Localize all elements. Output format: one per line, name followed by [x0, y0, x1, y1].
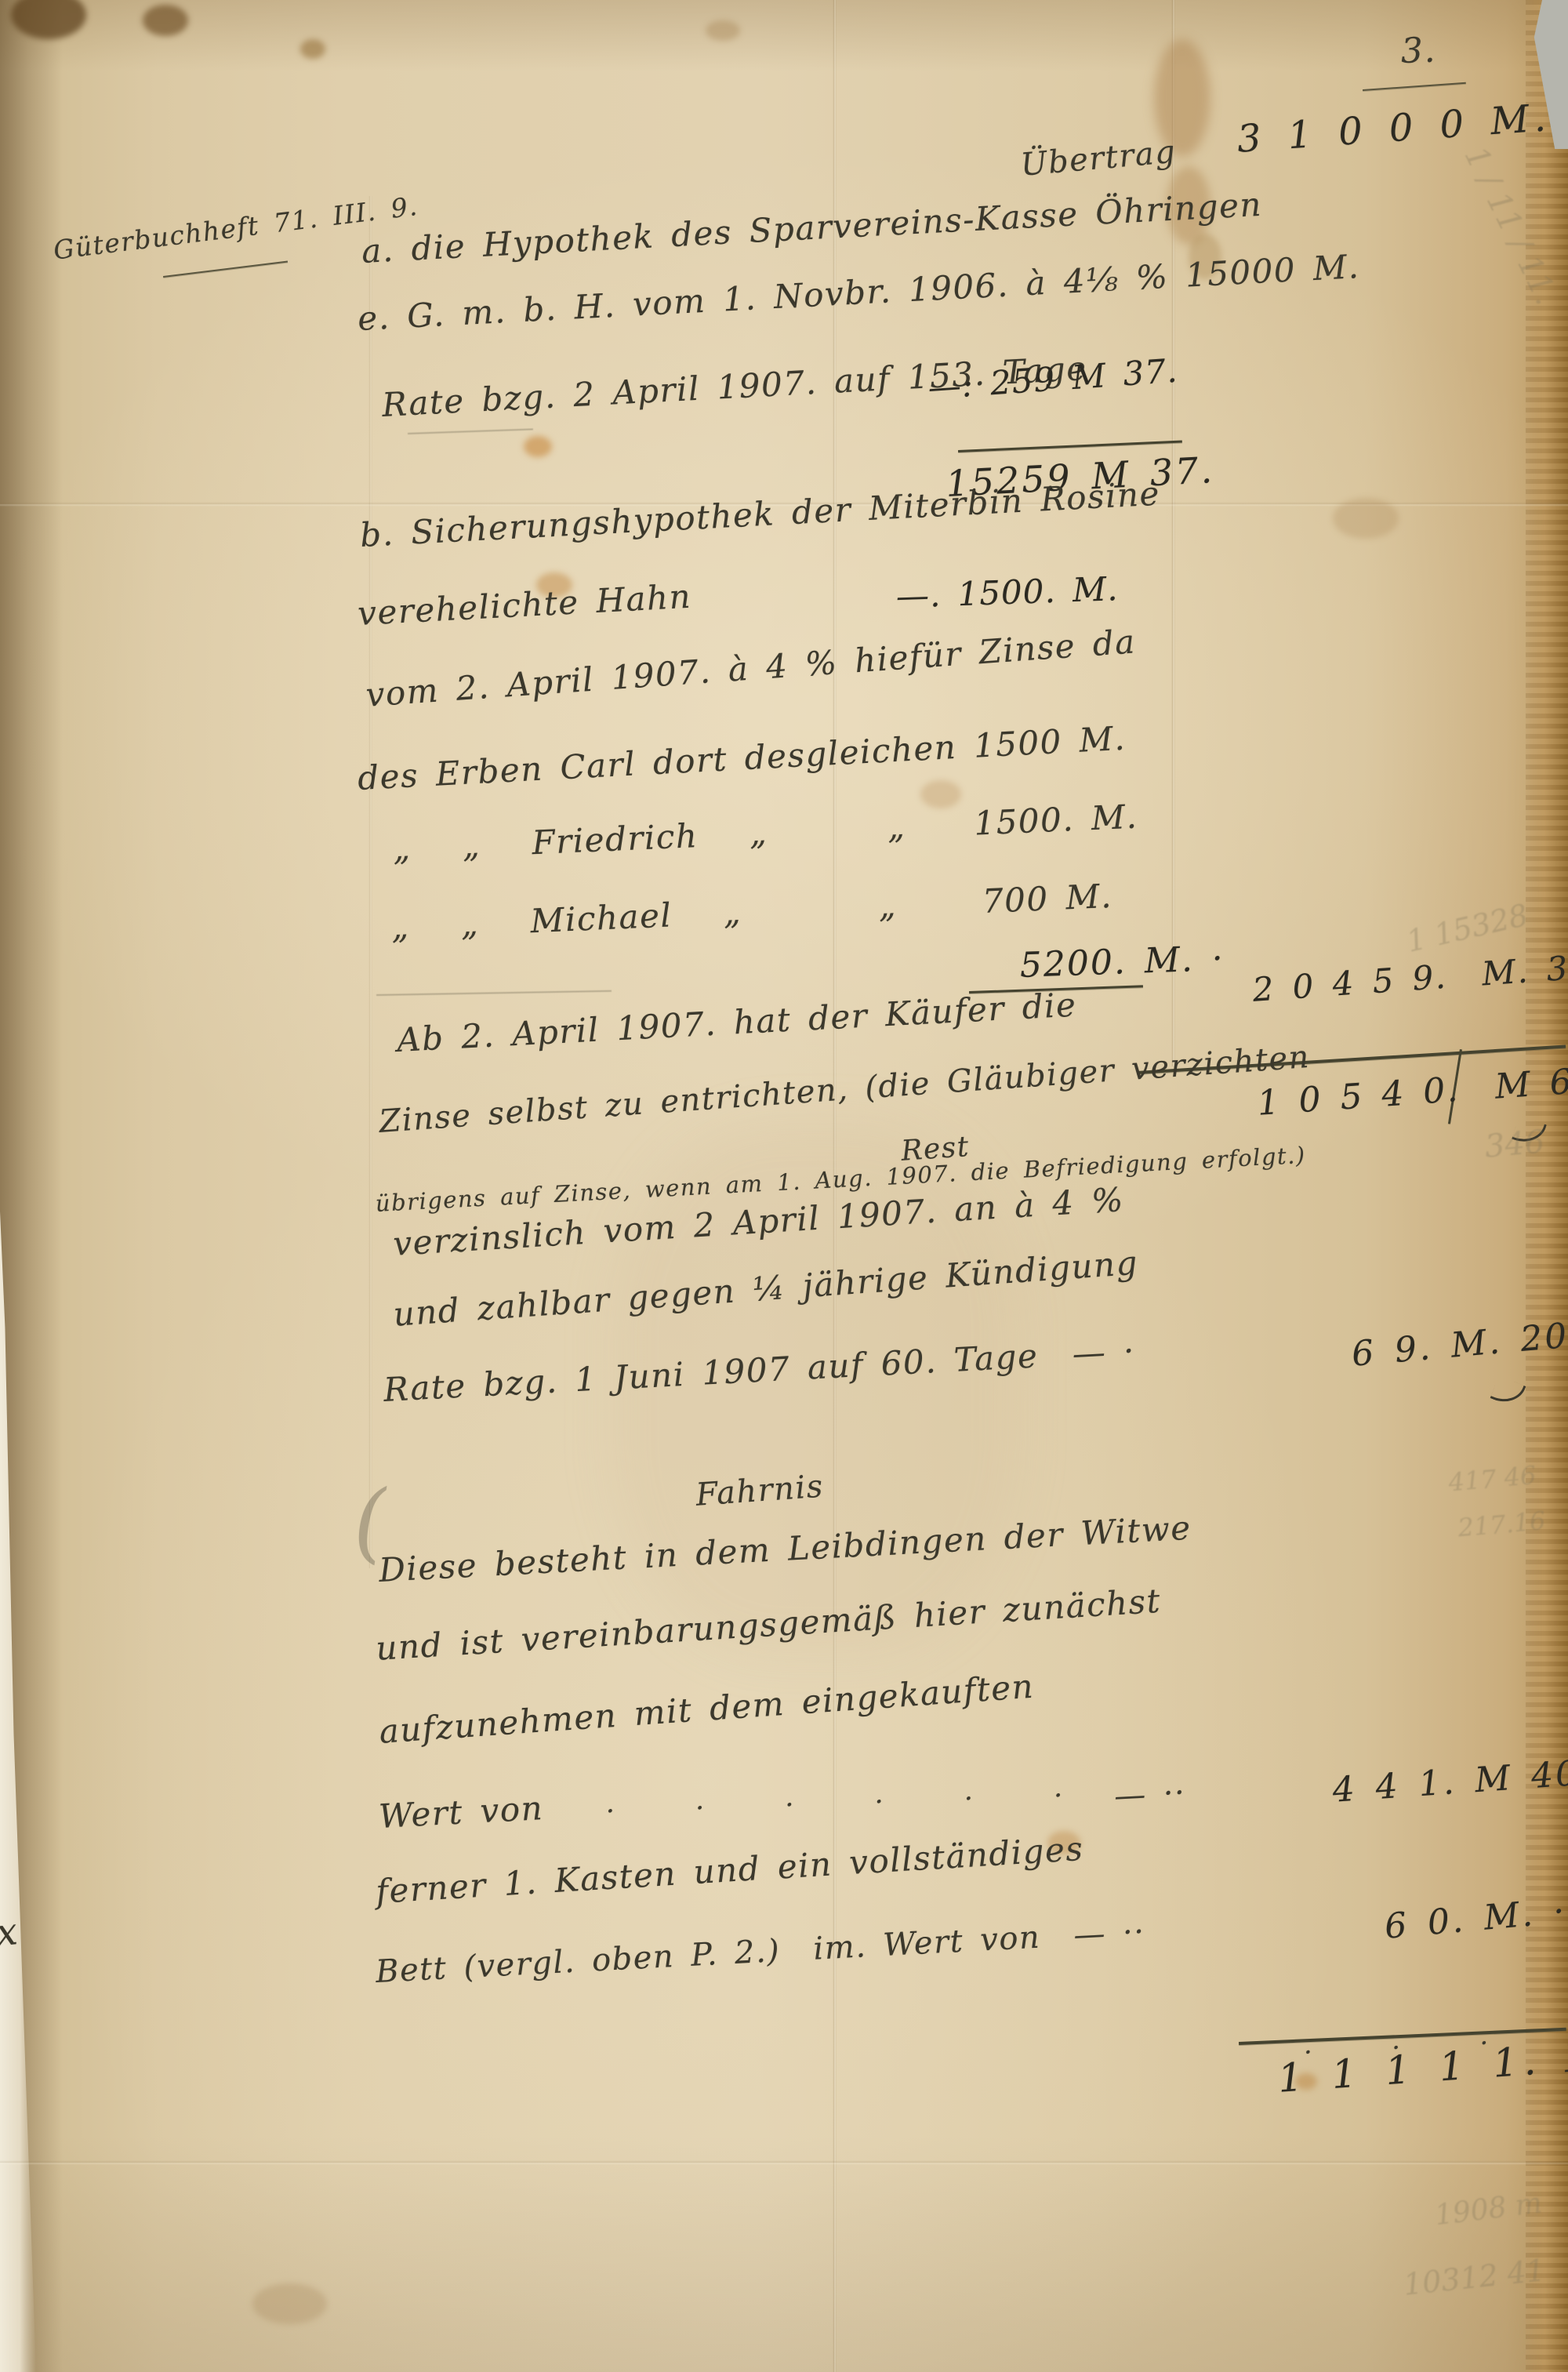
entry-line-b1: b. Sicherungshypothek der Miterbin Rosin…	[359, 474, 1161, 554]
stain	[300, 39, 325, 59]
entry-line-f4: Wert von	[378, 1789, 544, 1836]
fold-crease	[0, 2160, 1568, 2165]
entry-line-b4: des Erben Carl dort desgleichen 1500 M.	[357, 719, 1127, 797]
page-number: 3.	[1400, 30, 1437, 71]
dotted-leader: · · · · · ·	[605, 1779, 1080, 1828]
pen-flourish	[1490, 1375, 1526, 1409]
stain	[252, 2283, 327, 2324]
entry-line-b3: vom 2. April 1907. à 4 % hiefür Zinse da	[365, 622, 1137, 714]
fold-crease	[368, 196, 372, 1568]
entry-sum-b: 5200. M. ·	[1019, 939, 1225, 986]
scanned-document-page: 3. Übertrag 3 1 0 0 0 M. Güterbuchheft 7…	[0, 0, 1568, 2372]
entry-line-b2: verehelichte Hahn	[357, 577, 692, 633]
page-deckle-edge	[1526, 0, 1568, 2372]
bleed-line	[408, 428, 533, 434]
entry-line-p1: Ab 2. April 1907. hat der Käufer die	[396, 986, 1077, 1059]
bleedthrough-mark: 1 15328	[1403, 898, 1531, 959]
stain	[143, 5, 188, 36]
page-number-underline	[1363, 82, 1466, 91]
carryover-label: Übertrag	[1019, 134, 1178, 183]
entry-line-f6: Bett (vergl. oben P. 2.) im. Wert von — …	[375, 1914, 1146, 1990]
carryover-amount: 3 1 0 0 0 M.	[1236, 96, 1552, 162]
bleedthrough-mark: 346	[1483, 1124, 1546, 1164]
entry-dash-f4: — ··	[1113, 1774, 1186, 1814]
stain	[1333, 498, 1399, 539]
entry-line-f3: aufzunehmen mit dem eingekauften	[378, 1667, 1036, 1751]
entry-line-f5: ferner 1. Kasten und ein vollständiges	[375, 1829, 1085, 1911]
bleedthrough-mark: 417 46	[1447, 1460, 1537, 1498]
stain	[920, 780, 961, 808]
entry-line-b5: „ „ Friedrich „ „ 1500. M.	[392, 797, 1138, 868]
stain	[524, 436, 552, 457]
entry-line-a1: a. die Hypothek des Sparvereins-Kasse Öh…	[361, 185, 1263, 271]
entry-amount-b2: —. 1500. M.	[895, 569, 1119, 616]
margin-note-underline	[163, 261, 288, 278]
bleed-line	[376, 990, 612, 996]
entry-line-b6: „ „ Michael „ „ 700 M.	[390, 877, 1113, 946]
sum-rule	[958, 441, 1182, 452]
stain	[706, 20, 740, 41]
